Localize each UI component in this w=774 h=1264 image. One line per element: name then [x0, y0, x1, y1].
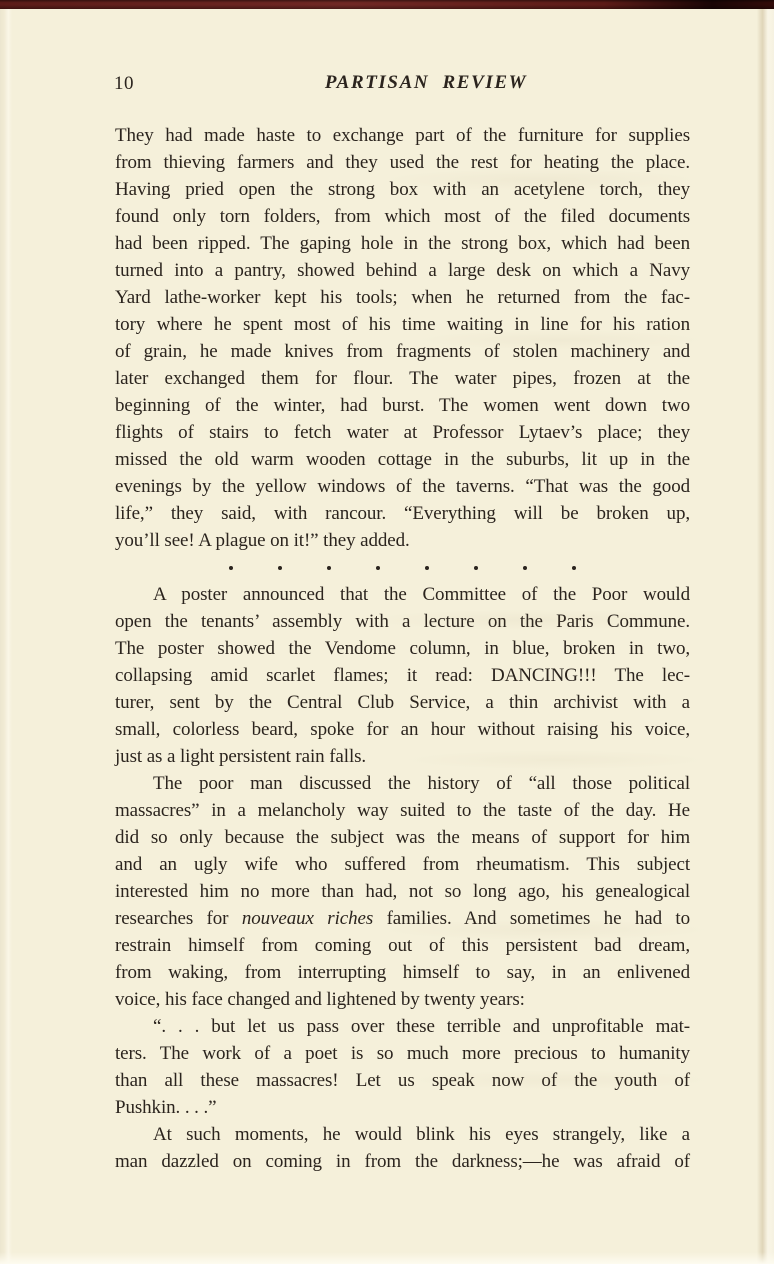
text-line: restrain himself from coming out of this… [115, 932, 690, 959]
page-bottom-edge [0, 1252, 774, 1264]
page-left-edge [0, 9, 12, 1264]
text-line: of grain, he made knives from fragments … [115, 338, 690, 365]
text-line: from waking, from interrupting himself t… [115, 959, 690, 986]
separator-dot [523, 566, 527, 570]
separator-dot [425, 566, 429, 570]
text-line: just as a light persistent rain falls. [115, 743, 690, 770]
separator-dot [376, 566, 380, 570]
text-line: A poster announced that the Committee of… [115, 581, 690, 608]
page-number: 10 [114, 73, 134, 95]
text-line: you’ll see! A plague on it!” they added. [115, 527, 690, 554]
text-line: voice, his face changed and lightened by… [115, 986, 690, 1013]
text-line: The poster showed the Vendome column, in… [115, 635, 690, 662]
separator-dot [327, 566, 331, 570]
text-line: Pushkin. . . .” [115, 1094, 690, 1121]
book-cover-band [0, 0, 774, 9]
text-line: massacres” in a melancholy way suited to… [115, 797, 690, 824]
text-line: Having pried open the strong box with an… [115, 176, 690, 203]
text-line: interested him no more than had, not so … [115, 878, 690, 905]
text-line: tory where he spent most of his time wai… [115, 311, 690, 338]
separator-dot [572, 566, 576, 570]
text-line: turer, sent by the Central Club Service,… [115, 689, 690, 716]
text-line: open the tenants’ assembly with a lectur… [115, 608, 690, 635]
text-line: ters. The work of a poet is so much more… [115, 1040, 690, 1067]
text-line: researches for nouveaux riches families.… [115, 905, 690, 932]
text-line: man dazzled on coming in from the darkne… [115, 1148, 690, 1175]
text-line: and an ugly wife who suffered from rheum… [115, 851, 690, 878]
text-line: evenings by the yellow windows of the ta… [115, 473, 690, 500]
text-line: small, colorless beard, spoke for an hou… [115, 716, 690, 743]
running-head: 10 PARTISAN REVIEW [0, 72, 774, 98]
text-line: found only torn folders, from which most… [115, 203, 690, 230]
text-line: had been ripped. The gaping hole in the … [115, 230, 690, 257]
text-line: did so only because the subject was the … [115, 824, 690, 851]
text-line: flights of stairs to fetch water at Prof… [115, 419, 690, 446]
text-line: life,” they said, with rancour. “Everyth… [115, 500, 690, 527]
separator-dot [474, 566, 478, 570]
text-line: later exchanged them for flour. The wate… [115, 365, 690, 392]
text-line: “. . . but let us pass over these terrib… [115, 1013, 690, 1040]
text-line: than all these massacres! Let us speak n… [115, 1067, 690, 1094]
page-right-edge [752, 9, 774, 1264]
text-line: turned into a pantry, showed behind a la… [115, 257, 690, 284]
scanned-book-page: 10 PARTISAN REVIEW They had made haste t… [0, 0, 774, 1264]
text-line: beginning of the winter, had burst. The … [115, 392, 690, 419]
text-line: They had made haste to exchange part of … [115, 122, 690, 149]
text-line: collapsing amid scarlet flames; it read:… [115, 662, 690, 689]
text-line: from thieving farmers and they used the … [115, 149, 690, 176]
text-line: The poor man discussed the history of “a… [115, 770, 690, 797]
journal-title: PARTISAN REVIEW [325, 72, 527, 94]
text-column: They had made haste to exchange part of … [115, 122, 690, 1175]
separator-dot [278, 566, 282, 570]
text-line: missed the old warm wooden cottage in th… [115, 446, 690, 473]
text-line: Yard lathe-worker kept his tools; when h… [115, 284, 690, 311]
text-line: At such moments, he would blink his eyes… [115, 1121, 690, 1148]
section-separator [115, 554, 690, 581]
separator-dot [229, 566, 233, 570]
